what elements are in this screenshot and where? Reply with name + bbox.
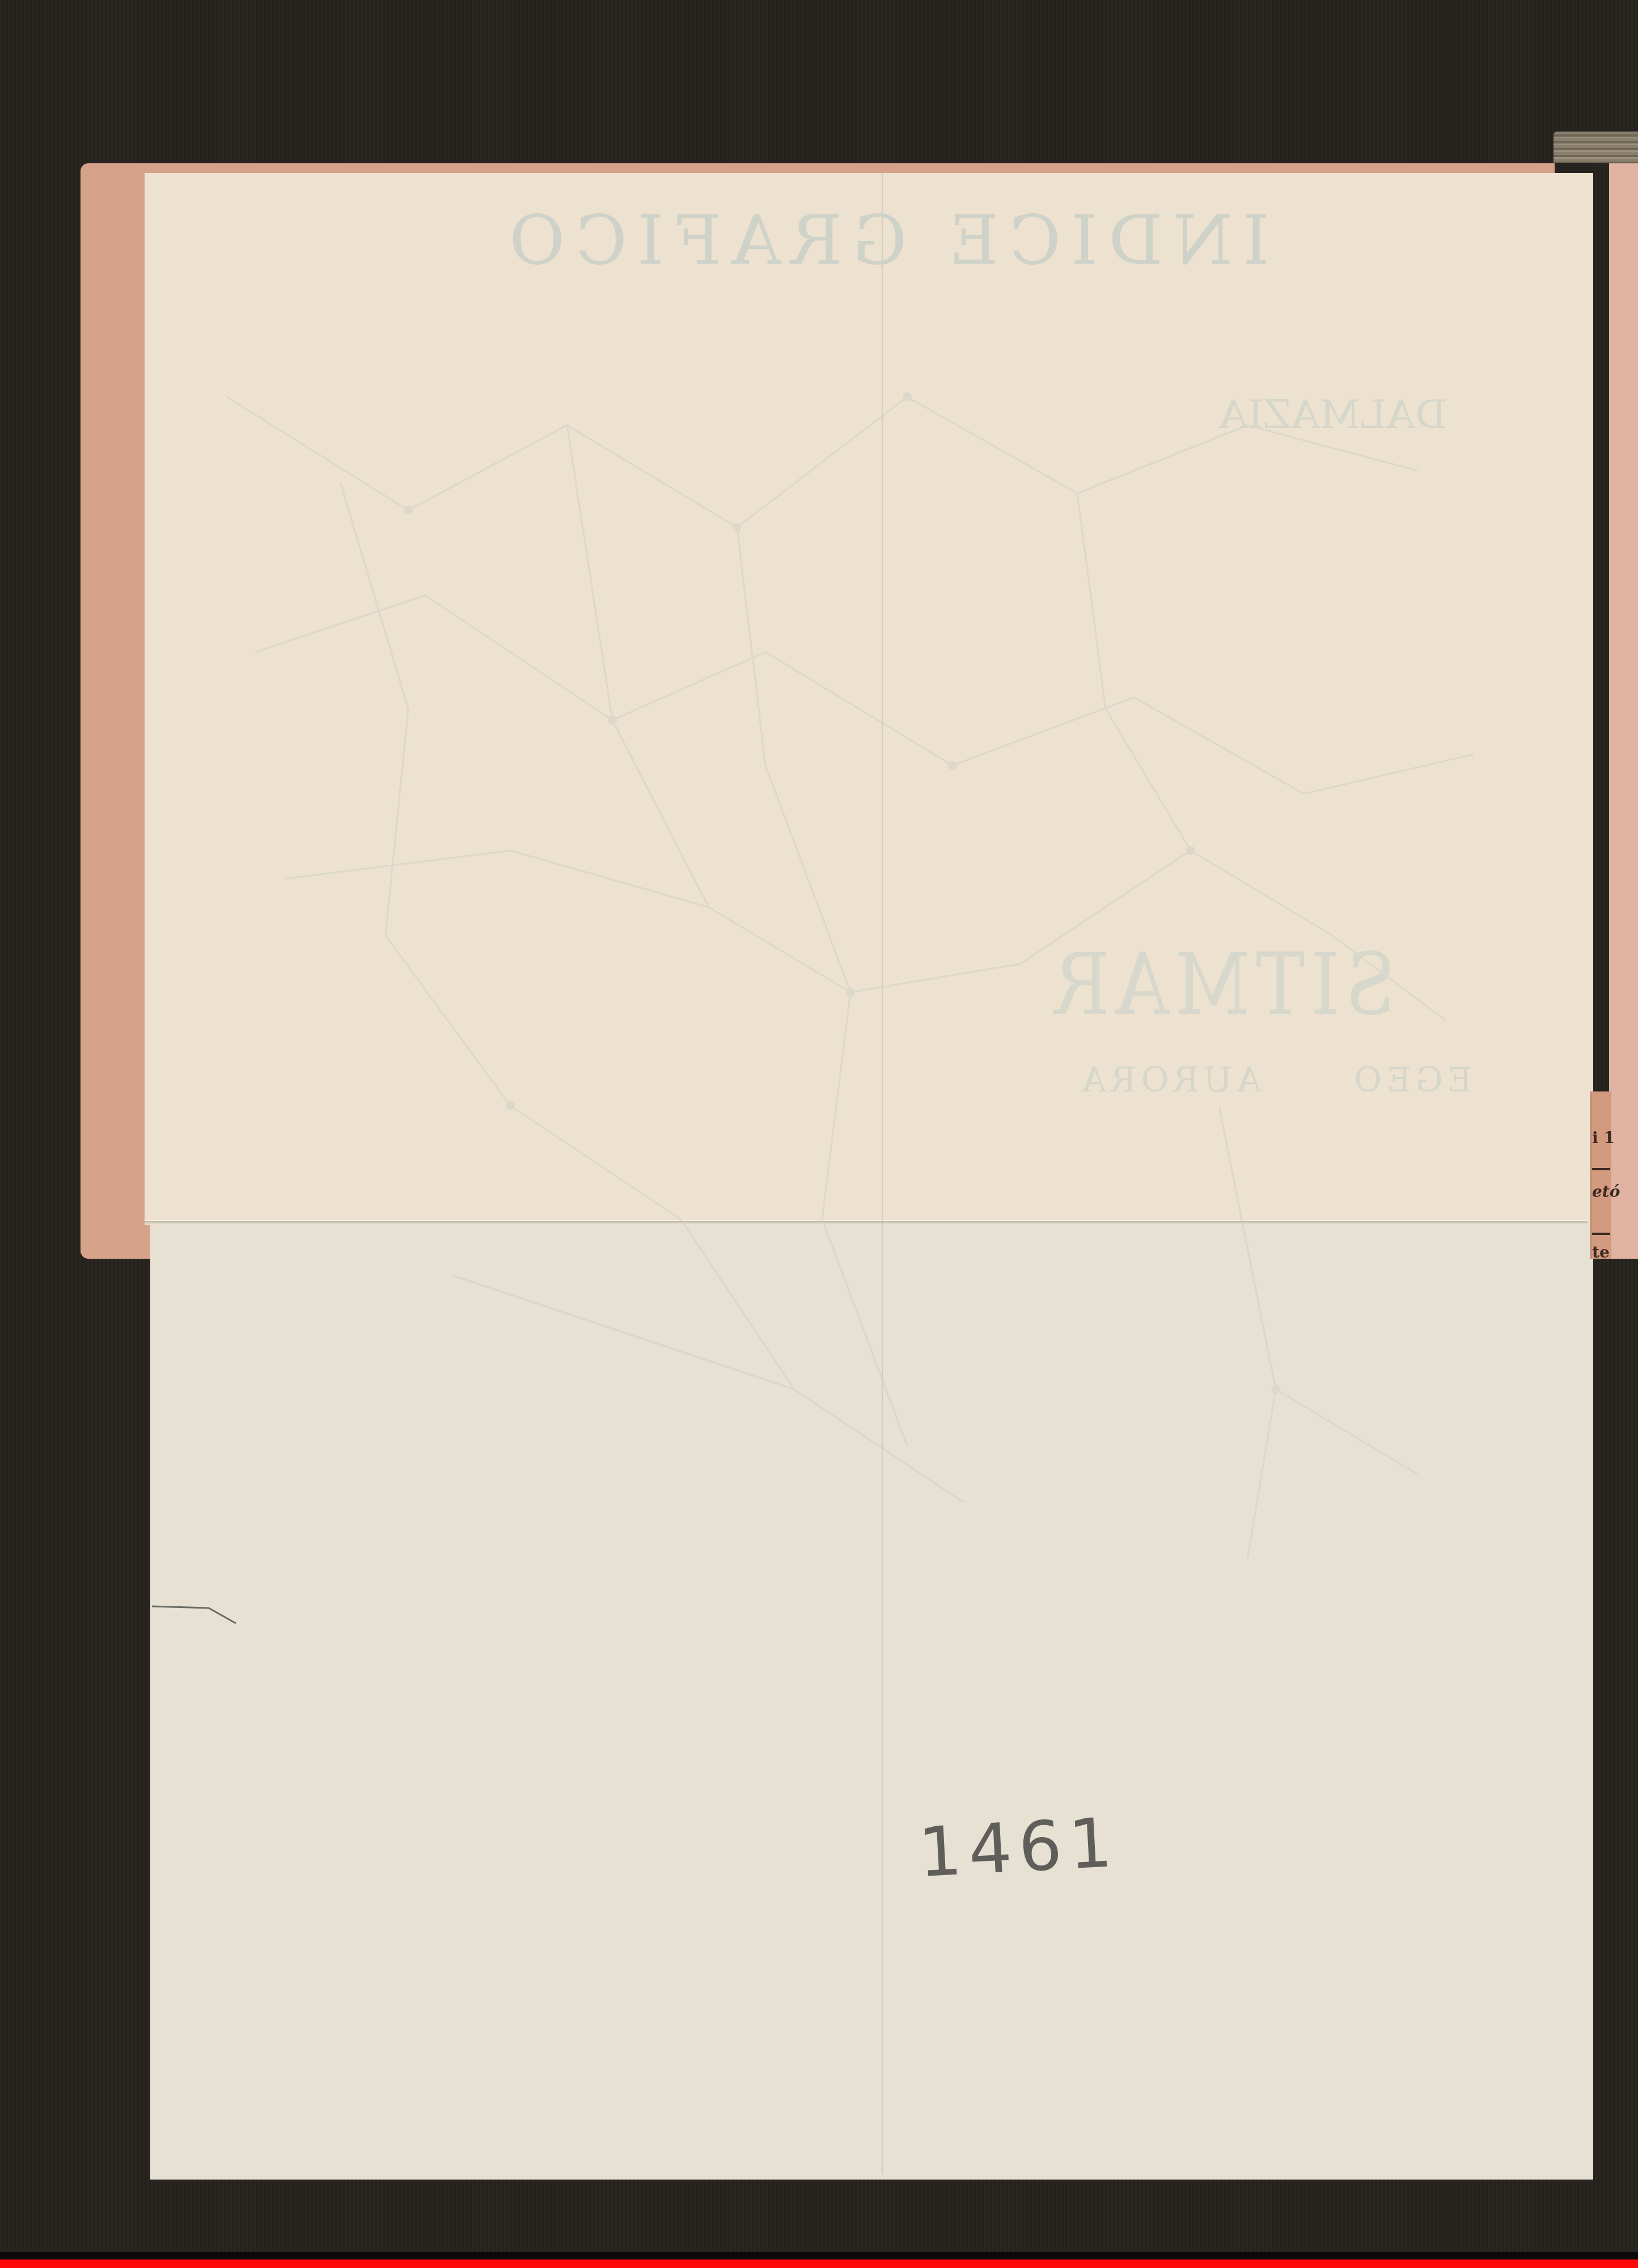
mirrored-subline-1: AURORA bbox=[1077, 1060, 1262, 1100]
mirrored-brand: SITMAR bbox=[1049, 935, 1396, 1034]
book-page-edges bbox=[1554, 132, 1638, 163]
pink-right-sheet bbox=[1609, 163, 1638, 1259]
mirrored-right-heading: DALMAZIA bbox=[1219, 391, 1447, 438]
mirrored-subline-2: EGEO bbox=[1349, 1060, 1472, 1100]
edge-fragment-1: i 1 bbox=[1592, 1128, 1615, 1147]
mirrored-heading: INDICE GRAFICO bbox=[499, 201, 1269, 280]
edge-rule-2 bbox=[1592, 1233, 1610, 1235]
handwritten-number: 1461 bbox=[917, 1804, 1121, 1893]
edge-rule-1 bbox=[1592, 1168, 1610, 1170]
bottom-red-bar bbox=[0, 2259, 1638, 2268]
edge-fragment-2: etó bbox=[1592, 1182, 1620, 1201]
edge-fragment-3: te bbox=[1592, 1243, 1610, 1262]
bottom-dark-gap bbox=[0, 2252, 1638, 2259]
pencil-mark-icon bbox=[152, 1603, 237, 1626]
